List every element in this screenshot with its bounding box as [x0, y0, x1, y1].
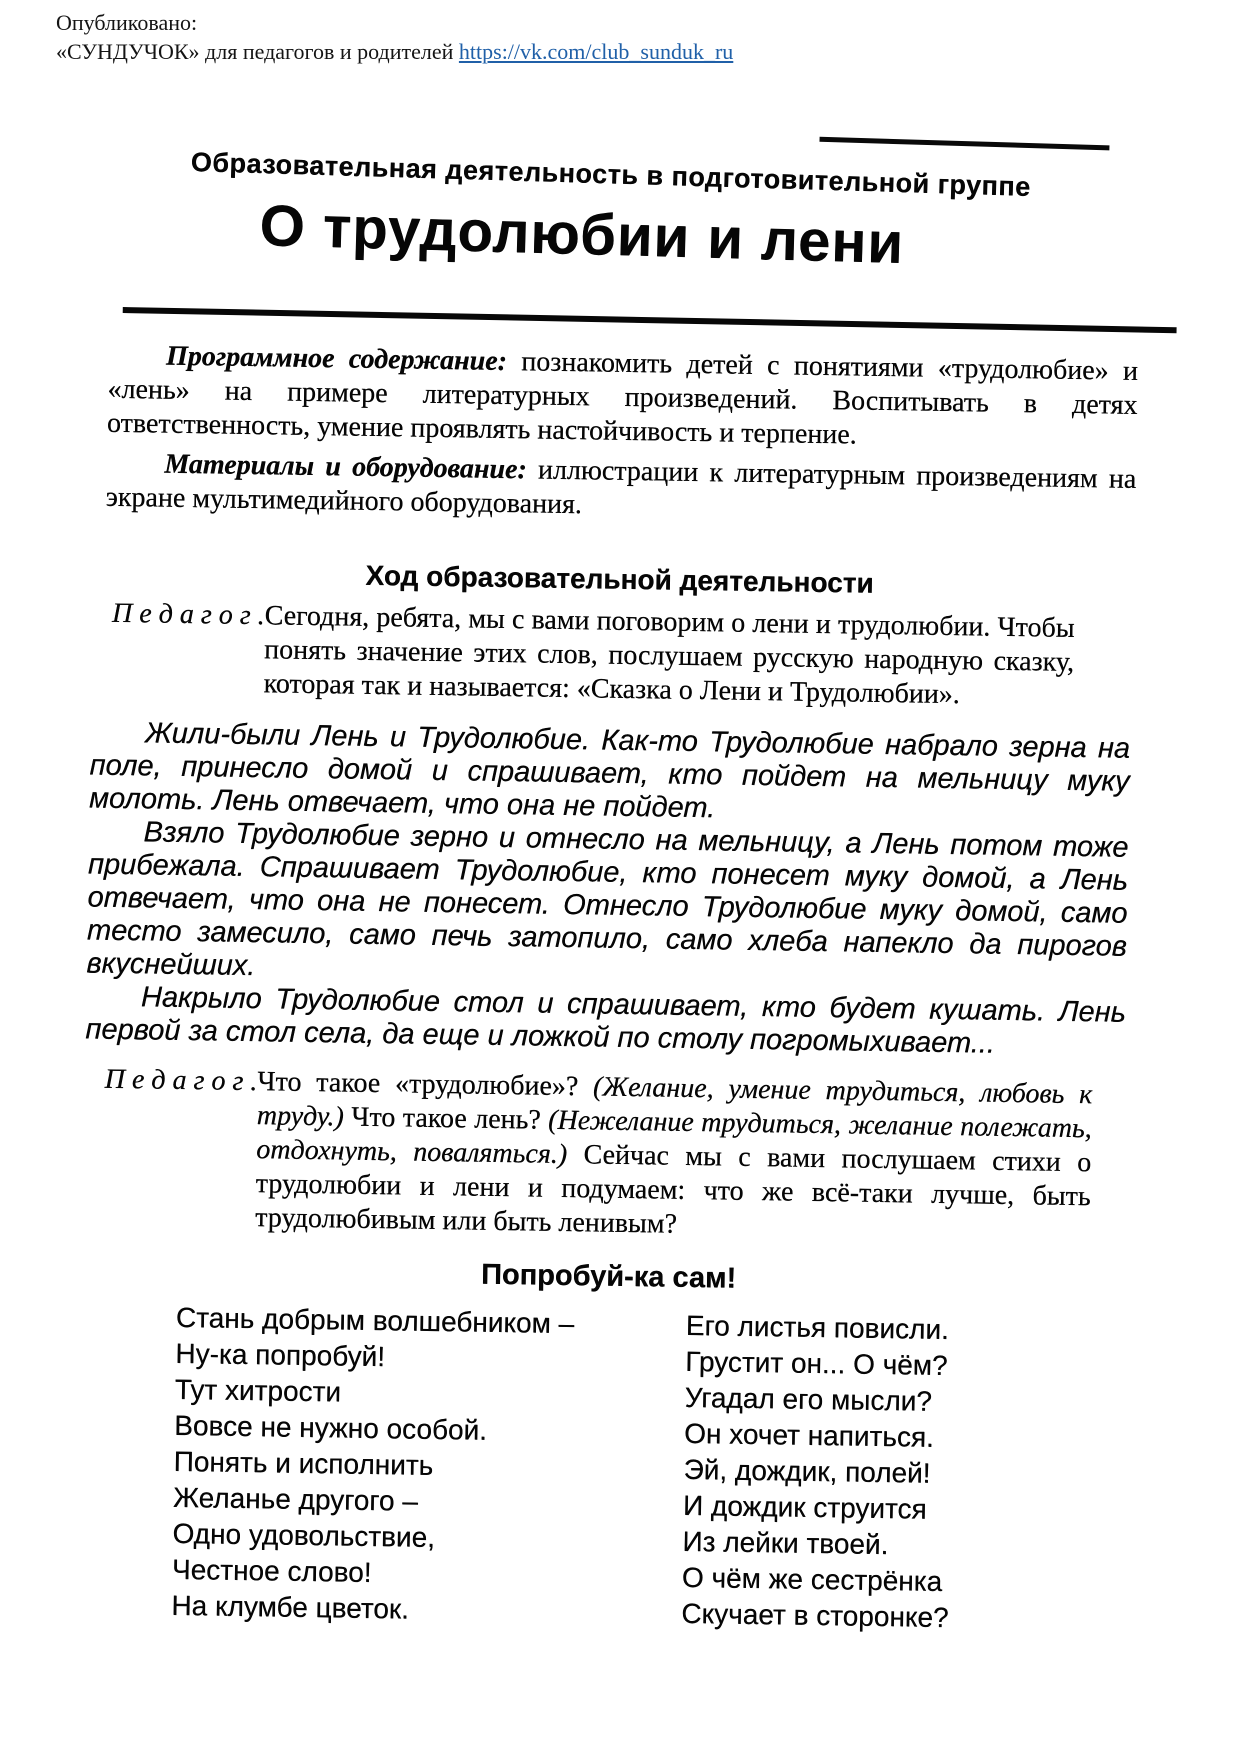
teacher-speech-2: Что такое «трудолюбие»? (Желание, умение… — [255, 1065, 1093, 1248]
title-underline-rule — [123, 307, 1177, 333]
teacher-label: П е д а г о г . — [111, 597, 265, 701]
poem-line: Угадал его мысли? — [684, 1380, 952, 1420]
teacher-speech-1: Сегодня, ребята, мы с вами поговорим о л… — [263, 599, 1075, 714]
activity-flow-heading: Ход образовательной деятельности — [104, 555, 1134, 605]
poem-line: Его листья повисли. — [686, 1308, 954, 1348]
try-it-yourself-heading: Попробуй-ка сам! — [93, 1251, 1123, 1303]
teacher-block-1: П е д а г о г . Сегодня, ребята, мы с ва… — [61, 596, 1177, 716]
story-paragraph: Взяло Трудолюбие зерно и отнесло на мель… — [86, 815, 1128, 996]
poem-line: О чём же сестрёнка — [682, 1560, 950, 1600]
materials-paragraph: Материалы и оборудование: иллюстрации к … — [106, 447, 1137, 531]
program-content-label: Программное содержание: — [166, 341, 507, 377]
teacher-speech-part: Что такое «трудолюбие»? — [257, 1066, 593, 1102]
top-right-rule — [819, 137, 1109, 151]
poem-column-left: Стань добрым волшебником –Ну-ка попробуй… — [171, 1300, 621, 1631]
scanned-document: Образовательная деятельность в подготови… — [46, 103, 1185, 1639]
teacher-label: П е д а г о г . — [102, 1063, 257, 1235]
poem-line: Грустит он... О чём? — [685, 1344, 953, 1384]
poem-line: Эй, дождик, полей! — [683, 1452, 951, 1492]
poem-line: Он хочет напиться. — [684, 1416, 952, 1456]
teacher-speech-part: Что такое лень? — [344, 1101, 549, 1135]
published-label: Опубликовано: — [56, 8, 733, 37]
poem-line: На клумбе цветок. — [171, 1588, 617, 1631]
publication-header: Опубликовано: «СУНДУЧОК» для педагогов и… — [56, 8, 733, 66]
poem-line: И дождик струится — [683, 1488, 951, 1528]
program-content-paragraph: Программное содержание: познакомить дете… — [107, 339, 1138, 457]
fairy-tale-text: Жили-были Лень и Трудолюбие. Как-то Труд… — [85, 716, 1130, 1062]
poem-column-right: Его листья повисли.Грустит он... О чём?У… — [681, 1308, 953, 1636]
story-paragraph: Жили-были Лень и Трудолюбие. Как-то Труд… — [89, 716, 1130, 831]
source-text: «СУНДУЧОК» для педагогов и родителей — [56, 39, 459, 64]
document-title: О трудолюбии и лени — [259, 195, 905, 275]
source-line: «СУНДУЧОК» для педагогов и родителей htt… — [56, 37, 733, 66]
materials-label: Материалы и оборудование: — [164, 449, 527, 486]
vk-link[interactable]: https://vk.com/club_sunduk_ru — [459, 39, 733, 64]
teacher-block-2: П е д а г о г . Что такое «трудолюбие»? … — [52, 1062, 1170, 1249]
poems-section: Стань добрым волшебником –Ну-ка попробуй… — [46, 1298, 1166, 1639]
poem-line: Из лейки твоей. — [682, 1524, 950, 1564]
poem-line: Скучает в сторонке? — [681, 1596, 949, 1636]
